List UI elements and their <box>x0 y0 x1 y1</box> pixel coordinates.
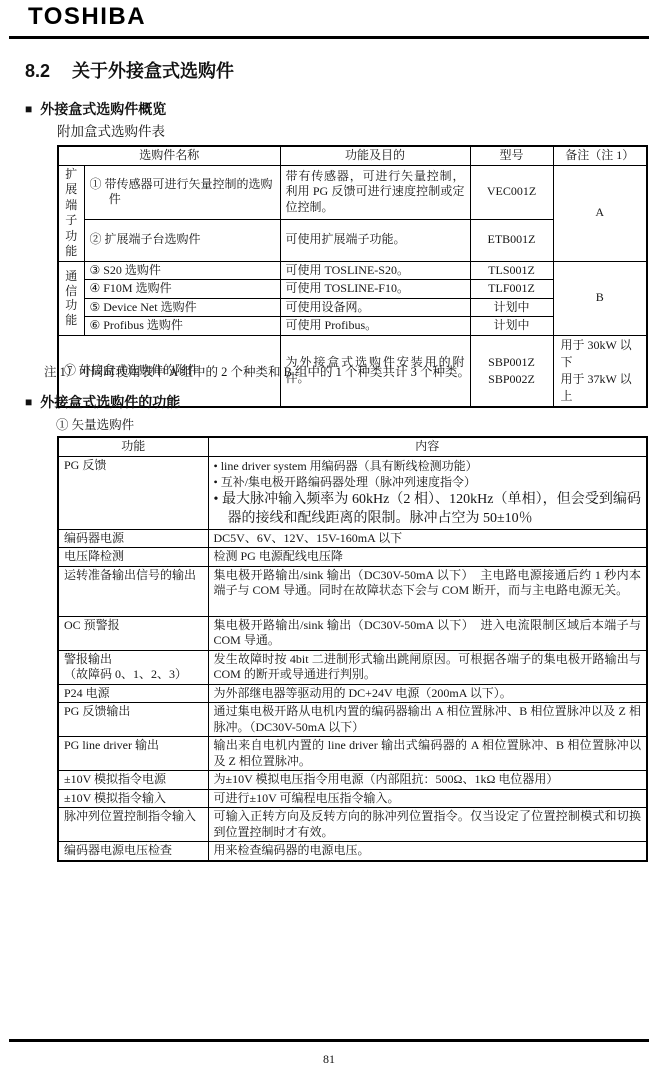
option-name-cell: ④ F10M 选购件 <box>84 280 280 299</box>
remark-37kw: 用于 37kW 以上 <box>559 371 642 405</box>
model-sbp001z: SBP001Z <box>476 354 548 371</box>
function-content-cell: 通过集电极开路从电机内置的编码器输出 A 相位置脉冲、B 相位置脉冲以及 Z 相… <box>208 703 647 737</box>
function-content-cell: 发生故障时按 4bit 二进制形式输出跳闸原因。可根据各端子的集电极开路输出与 … <box>208 650 647 684</box>
function-name-cell: P24 电源 <box>58 684 208 703</box>
overview-heading-text: 外接盒式选购件概览 <box>40 101 166 117</box>
section-title-text: 关于外接盒式选购件 <box>72 61 234 81</box>
function-content-cell: 用来检查编码器的电源电压。 <box>208 842 647 861</box>
functions-heading-text: 外接盒式选购件的功能 <box>40 394 180 410</box>
functions-sub-heading: ① 矢量选购件 <box>56 415 134 433</box>
pg-feedback-bullet-3: • 最大脉冲输入频率为 60kHz（2 相）、120kHz（单相），但会受到编码… <box>214 490 642 528</box>
option-model-cell: 计划中 <box>470 317 553 336</box>
function-row: 运转准备输出信号的输出 集电极开路输出/sink 输出（DC30V-50mA 以… <box>58 566 647 616</box>
option-name-cell: ② 扩展端子台选购件 <box>84 219 280 261</box>
function-name-line2: （故障码 0、1、2、3） <box>64 667 203 683</box>
function-name-cell: OC 预警报 <box>58 616 208 650</box>
function-name-cell: 警报输出 （故障码 0、1、2、3） <box>58 650 208 684</box>
manual-page: TOSHIBA 8.2关于外接盒式选购件 ■外接盒式选购件概览 附加盒式选购件表… <box>0 0 658 1076</box>
table-row-option-3: 通信功能 ③ S20 选购件 可使用 TOSLINE-S20。 TLS001Z … <box>58 261 647 280</box>
toshiba-logo: TOSHIBA <box>28 3 146 31</box>
function-row: 电压降检测 检测 PG 电源配线电压降 <box>58 548 647 567</box>
option-model-cell: TLS001Z <box>470 261 553 280</box>
option-function-cell: 可使用 TOSLINE-F10。 <box>280 280 470 299</box>
option-model-cell: VEC001Z <box>470 165 553 219</box>
function-row: 编码器电源 DC5V、6V、12V、15V-160mA 以下 <box>58 529 647 548</box>
vector-option-functions-table: 功能 内容 PG 反馈 • line driver system 用编码器（具有… <box>57 436 648 862</box>
header-rule <box>9 36 649 39</box>
option-function-cell: 可使用设备网。 <box>280 298 470 317</box>
col-header-function: 功能及目的 <box>280 146 470 165</box>
col-header-function-name: 功能 <box>58 437 208 456</box>
function-name-cell: 脉冲列位置控制指令输入 <box>58 808 208 842</box>
functions-header-row: 功能 内容 <box>58 437 647 456</box>
function-row: ±10V 模拟指令电源 为±10V 模拟电压指令用电源（内部阻抗：500Ω、1k… <box>58 771 647 790</box>
group-label-comm: 通信功能 <box>64 269 78 327</box>
option-name-cell: ③ S20 选购件 <box>84 261 280 280</box>
function-name-cell: 电压降检测 <box>58 548 208 567</box>
function-name-cell: ±10V 模拟指令电源 <box>58 771 208 790</box>
col-header-remark: 备注（注 1） <box>553 146 647 165</box>
function-name-cell: 编码器电源电压检查 <box>58 842 208 861</box>
function-content-cell: • line driver system 用编码器（具有断线检测功能） • 互补… <box>208 456 647 529</box>
overview-heading: ■外接盒式选购件概览 <box>25 99 166 119</box>
function-row: 脉冲列位置控制指令输入 可输入正转方向及反转方向的脉冲列位置指令。仅当设定了位置… <box>58 808 647 842</box>
function-name-line1: 警报输出 <box>64 652 112 666</box>
group-remark-a: A <box>553 165 647 261</box>
option-function-cell: 可使用 Profibus。 <box>280 317 470 336</box>
function-row: OC 预警报 集电极开路输出/sink 输出（DC30V-50mA 以下） 进入… <box>58 616 647 650</box>
function-row: 编码器电源电压检查 用来检查编码器的电源电压。 <box>58 842 647 861</box>
option-model-cell: ETB001Z <box>470 219 553 261</box>
option-name: ① 带传感器可进行矢量控制的选购件 <box>90 177 275 208</box>
col-header-content: 内容 <box>208 437 647 456</box>
table-note: 注 1）可同时使用表中 A 组中的 2 个种类和 B 组中的 1 个种类共计 3… <box>44 362 470 380</box>
function-content-cell: DC5V、6V、12V、15V-160mA 以下 <box>208 529 647 548</box>
function-content-cell: 可输入正转方向及反转方向的脉冲列位置指令。仅当设定了位置控制模式和切换到位置控制… <box>208 808 647 842</box>
option-model-cell: TLF001Z <box>470 280 553 299</box>
function-name-cell: ±10V 模拟指令输入 <box>58 789 208 808</box>
overview-header-row: 选购件名称 功能及目的 型号 备注（注 1） <box>58 146 647 165</box>
function-content-cell: 为外部继电器等驱动用的 DC+24V 电源（200mA 以下）。 <box>208 684 647 703</box>
function-content-cell: 集电极开路输出/sink 输出（DC30V-50mA 以下） 主电路电源接通后约… <box>208 566 647 616</box>
function-name-cell: PG 反馈 <box>58 456 208 529</box>
overview-table-caption: 附加盒式选购件表 <box>57 120 165 140</box>
option-model-cell: 计划中 <box>470 298 553 317</box>
table-row-option-1: 扩展端子功能 ① 带传感器可进行矢量控制的选购件 带有传感器，可进行矢量控制，利… <box>58 165 647 219</box>
remark-30kw: 用于 30kW 以下 <box>559 337 642 371</box>
group-label-cell-comm: 通信功能 <box>58 261 84 335</box>
group-remark-b: B <box>553 261 647 335</box>
function-name-cell: 运转准备输出信号的输出 <box>58 566 208 616</box>
square-bullet-icon: ■ <box>25 395 32 409</box>
footer-rule <box>9 1039 649 1042</box>
option-remark-cell: 用于 30kW 以下 用于 37kW 以上 <box>553 335 647 407</box>
square-bullet-icon: ■ <box>25 102 32 116</box>
function-content-cell: 为±10V 模拟电压指令用电源（内部阻抗：500Ω、1kΩ 电位器用） <box>208 771 647 790</box>
option-name-cell: ① 带传感器可进行矢量控制的选购件 <box>84 165 280 219</box>
option-name-cell: ⑥ Profibus 选购件 <box>84 317 280 336</box>
pg-feedback-bullet-2: • 互补/集电极开路编码器处理（脉冲列速度指令） <box>214 474 642 490</box>
function-row-pg-feedback: PG 反馈 • line driver system 用编码器（具有断线检测功能… <box>58 456 647 529</box>
section-title: 8.2关于外接盒式选购件 <box>25 57 234 83</box>
model-sbp002z: SBP002Z <box>476 371 548 388</box>
option-function-cell: 可使用扩展端子功能。 <box>280 219 470 261</box>
function-row-alarm-output: 警报输出 （故障码 0、1、2、3） 发生故障时按 4bit 二进制形式输出跳闸… <box>58 650 647 684</box>
function-content-cell: 输出来自电机内置的 line driver 输出式编码器的 A 相位置脉冲、B … <box>208 737 647 771</box>
function-content-cell: 集电极开路输出/sink 输出（DC30V-50mA 以下） 进入电流限制区域后… <box>208 616 647 650</box>
function-row: ±10V 模拟指令输入 可进行±10V 可编程电压指令输入。 <box>58 789 647 808</box>
function-row: P24 电源 为外部继电器等驱动用的 DC+24V 电源（200mA 以下）。 <box>58 684 647 703</box>
option-function-cell: 可使用 TOSLINE-S20。 <box>280 261 470 280</box>
functions-heading: ■外接盒式选购件的功能 <box>25 392 180 412</box>
function-content-cell: 可进行±10V 可编程电压指令输入。 <box>208 789 647 808</box>
function-row: PG line driver 输出 输出来自电机内置的 line driver … <box>58 737 647 771</box>
section-number: 8.2 <box>25 61 50 81</box>
page-number: 81 <box>0 1052 658 1067</box>
group-label-terminal: 扩展端子功能 <box>64 167 78 260</box>
pg-feedback-bullet-1: • line driver system 用编码器（具有断线检测功能） <box>214 458 642 474</box>
function-row: PG 反馈输出 通过集电极开路从电机内置的编码器输出 A 相位置脉冲、B 相位置… <box>58 703 647 737</box>
function-name-cell: PG 反馈输出 <box>58 703 208 737</box>
function-name-cell: PG line driver 输出 <box>58 737 208 771</box>
option-function-cell: 带有传感器，可进行矢量控制，利用 PG 反馈可进行速度控制或定位控制。 <box>280 165 470 219</box>
col-header-option-name: 选购件名称 <box>58 146 280 165</box>
group-label-cell-terminal: 扩展端子功能 <box>58 165 84 261</box>
option-model-cell: SBP001Z SBP002Z <box>470 335 553 407</box>
col-header-model: 型号 <box>470 146 553 165</box>
function-content-cell: 检测 PG 电源配线电压降 <box>208 548 647 567</box>
option-name: ② 扩展端子台选购件 <box>90 232 275 248</box>
option-name-cell: ⑤ Device Net 选购件 <box>84 298 280 317</box>
function-name-cell: 编码器电源 <box>58 529 208 548</box>
